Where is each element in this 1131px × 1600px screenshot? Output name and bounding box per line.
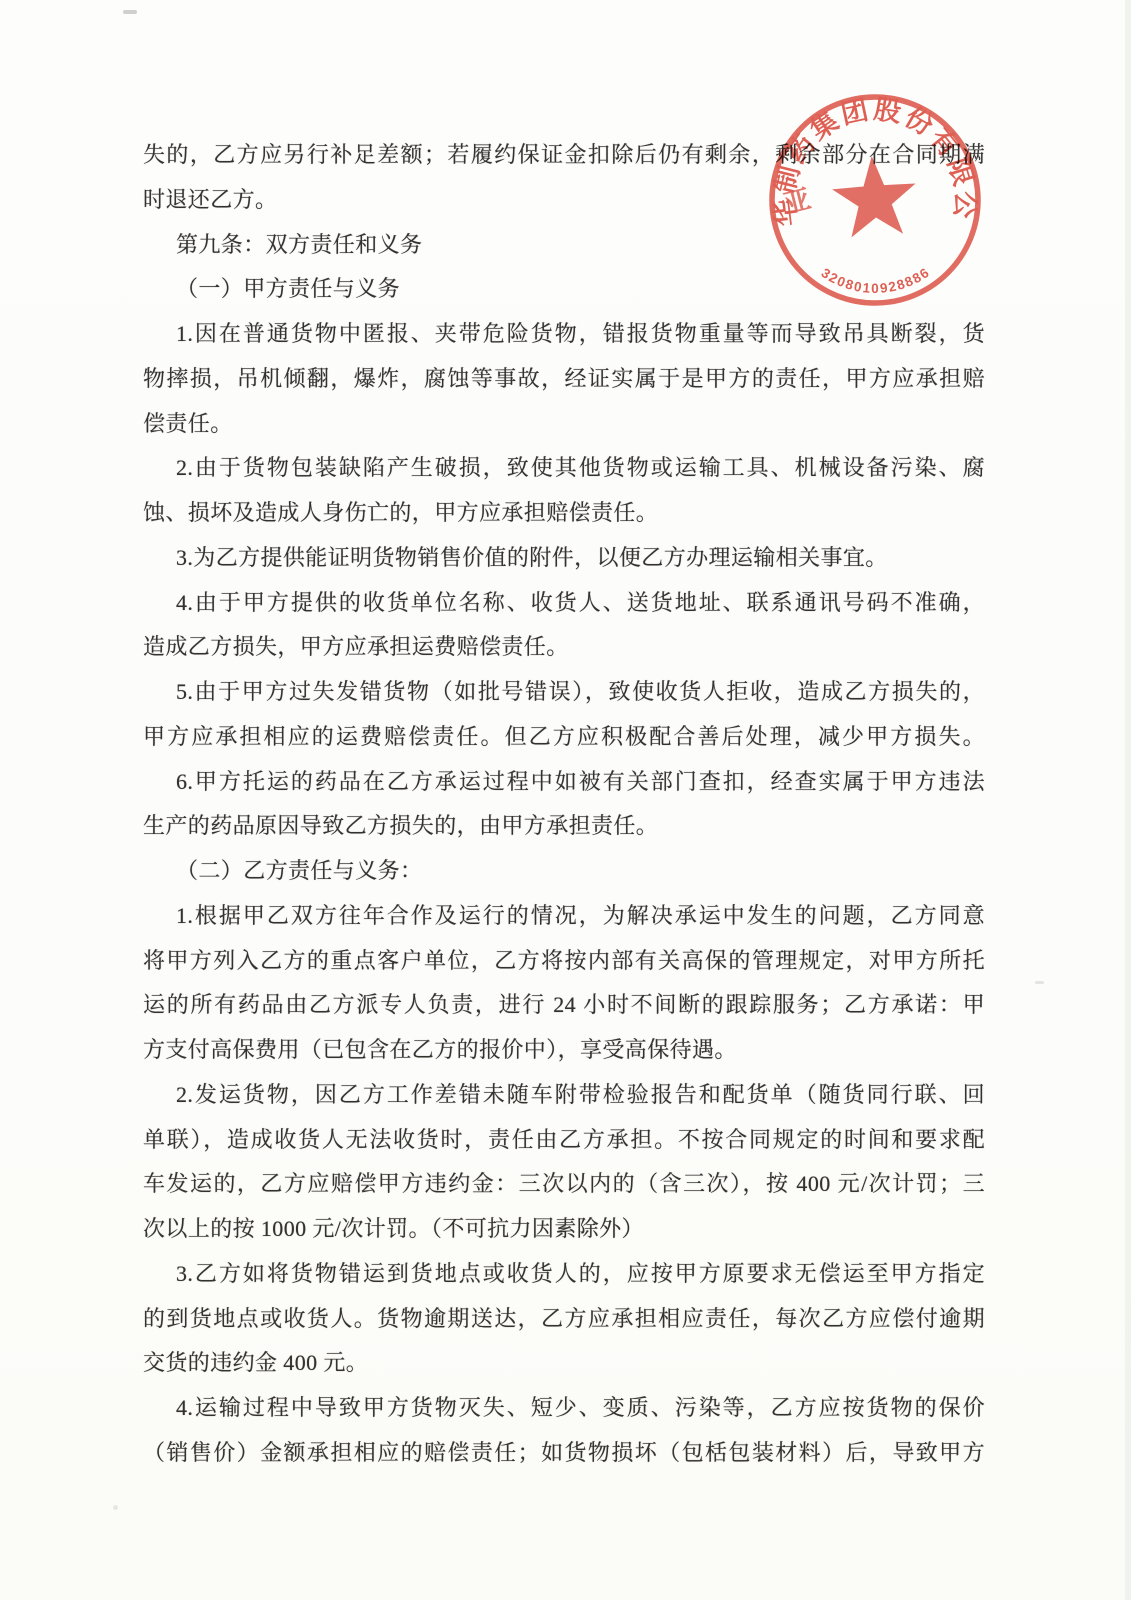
text-line: 1.根据甲乙双方往年合作及运行的情况，为解决承运中发生的问题，乙方同意 xyxy=(143,894,985,939)
text-line: 运的所有药品由乙方派专人负责，进行 24 小时不间断的跟踪服务；乙方承诺：甲 xyxy=(143,983,985,1028)
scan-artifact xyxy=(113,1505,118,1510)
text-line: 方支付高保费用（已包含在乙方的报价中），享受高保待遇。 xyxy=(143,1028,985,1073)
seal-star-icon xyxy=(830,153,919,238)
text-line: 甲方应承担相应的运费赔偿责任。但乙方应积极配合善后处理，减少甲方损失。 xyxy=(143,715,985,760)
text-line: 2.发运货物，因乙方工作差错未随车附带检验报告和配货单（随货同行联、回 xyxy=(143,1073,985,1118)
text-line: 车发运的，乙方应赔偿甲方违约金：三次以内的（含三次），按 400 元/次计罚；三 xyxy=(143,1162,985,1207)
text-line: 蚀、损坏及造成人身伤亡的，甲方应承担赔偿责任。 xyxy=(143,491,985,536)
text-line: 5.由于甲方过失发错货物（如批号错误），致使收货人拒收，造成乙方损失的， xyxy=(143,670,985,715)
scan-edge-shadow xyxy=(1125,0,1131,1600)
text-line: 将甲方列入乙方的重点客户单位，乙方将按内部有关高保的管理规定，对甲方所托 xyxy=(143,939,985,984)
text-line: 造成乙方损失，甲方应承担运费赔偿责任。 xyxy=(143,625,985,670)
seal-serial-number-text: 3208010928886 xyxy=(819,264,933,296)
text-line: （销售价）金额承担相应的赔偿责任；如货物损坏（包栝包装材料）后，导致甲方 xyxy=(143,1431,985,1476)
scan-artifact xyxy=(123,10,137,14)
company-seal: 华制药集团股份有限公司 3208010928886 亚 xyxy=(740,65,1010,335)
document-page: 失的，乙方应另行补足差额；若履约保证金扣除后仍有剩余，剩余部分在合同期满时退还乙… xyxy=(0,0,1131,1600)
text-line: 的到货地点或收货人。货物逾期送达，乙方应承担相应责任，每次乙方应偿付逾期 xyxy=(143,1297,985,1342)
text-line: 6.甲方托运的药品在乙方承运过程中如被有关部门查扣，经查实属于甲方违法 xyxy=(143,760,985,805)
text-line: 生产的药品原因导致乙方损失的，由甲方承担责任。 xyxy=(143,804,985,849)
text-line: 4.由于甲方提供的收货单位名称、收货人、送货地址、联系通讯号码不准确， xyxy=(143,581,985,626)
text-line: 次以上的按 1000 元/次计罚。（不可抗力因素除外） xyxy=(143,1207,985,1252)
text-line: 物摔损，吊机倾翻，爆炸，腐蚀等事故，经证实属于是甲方的责任，甲方应承担赔 xyxy=(143,357,985,402)
seal-ink-mark: 亚 xyxy=(780,184,813,220)
text-line: 2.由于货物包装缺陷产生破损，致使其他货物或运输工具、机械设备污染、腐 xyxy=(143,446,985,491)
text-line: 3.为乙方提供能证明货物销售价值的附件，以便乙方办理运输相关事宜。 xyxy=(143,536,985,581)
text-line: 单联），造成收货人无法收货时，责任由乙方承担。不按合同规定的时间和要求配 xyxy=(143,1118,985,1163)
text-line: 4.运输过程中导致甲方货物灭失、短少、变质、污染等，乙方应按货物的保价 xyxy=(143,1386,985,1431)
text-line: 3.乙方如将货物错运到货地点或收货人的，应按甲方原要求无偿运至甲方指定 xyxy=(143,1252,985,1297)
text-line: 交货的违约金 400 元。 xyxy=(143,1341,985,1386)
scan-artifact xyxy=(1035,981,1044,984)
text-line: （二）乙方责任与义务： xyxy=(143,849,985,894)
text-line: 偿责任。 xyxy=(143,402,985,447)
